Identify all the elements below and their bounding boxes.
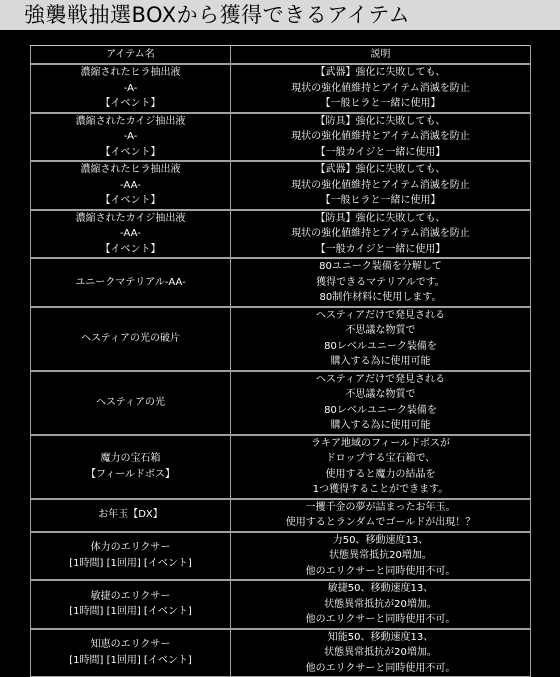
page-title: 強襲戦抽選BOXから獲得できるアイテム xyxy=(24,2,410,28)
item-name-line: 濃縮されたヒラ抽出液 xyxy=(33,65,228,81)
item-name-cell: ヘスティアの光 xyxy=(31,371,231,435)
item-description-cell: ヘスティアだけで発見される不思議な物質で80レベルユニーク装備を購入する為に使用… xyxy=(231,307,531,371)
item-description-line: ヘスティアだけで発見される xyxy=(233,372,528,388)
item-name-line: [1時間] [1回用] [イベント] xyxy=(33,556,228,572)
item-description-line: 【防具】強化に失敗しても、 xyxy=(233,114,528,130)
item-name-cell: 濃縮されたカイジ抽出液-A-【イベント】 xyxy=(31,113,231,162)
item-description-line: 80ユニーク装備を分解して xyxy=(233,259,528,275)
header-item-name: アイテム名 xyxy=(31,46,231,65)
item-description-line: 【武器】強化に失敗しても、 xyxy=(233,162,528,178)
item-description-line: 一攫千金の夢が詰まったお年玉。 xyxy=(233,500,528,516)
table-body: 濃縮されたヒラ抽出液-A-【イベント】【武器】強化に失敗しても、現状の強化値維持… xyxy=(31,64,531,664)
item-name-cell: 濃縮されたヒラ抽出液-A-【イベント】 xyxy=(31,64,231,113)
item-description-cell: 力50、移動速度13、状態異常抵抗20増加。他のエリクサーと同時使用不可。 xyxy=(231,532,531,581)
table-row: 魔力の宝石箱【フィールドボス】ラキア地域のフィールドボスがドロップする宝石箱で、… xyxy=(31,435,531,499)
item-description-line: 状態異常抵抗20増加。 xyxy=(233,548,528,564)
item-description-line: 不思議な物質で xyxy=(233,387,528,403)
item-name-line: 濃縮されたカイジ抽出液 xyxy=(33,211,228,227)
item-description-line: 80制作材料に使用します。 xyxy=(233,290,528,306)
item-name-line: 【イベント】 xyxy=(33,242,228,258)
item-table: アイテム名 説明 濃縮されたヒラ抽出液-A-【イベント】【武器】強化に失敗しても… xyxy=(30,45,531,664)
item-description-cell: 【防具】強化に失敗しても、現状の強化値維持とアイテム消滅を防止【一般カイジと一緒… xyxy=(231,210,531,259)
item-name-line: ユニークマテリアル-AA- xyxy=(33,275,228,291)
item-name-line: 敏捷のエリクサー xyxy=(33,589,228,605)
item-name-cell: 濃縮されたヒラ抽出液-AA-【イベント】 xyxy=(31,161,231,210)
item-description-line: 現状の強化値維持とアイテム消滅を防止 xyxy=(233,226,528,242)
item-name-line: 【フィールドボス】 xyxy=(33,467,228,483)
table-row: 濃縮されたヒラ抽出液-AA-【イベント】【武器】強化に失敗しても、現状の強化値維… xyxy=(31,161,531,210)
item-description-line: 他のエリクサーと同時使用不可。 xyxy=(233,564,528,580)
item-description-cell: 【防具】強化に失敗しても、現状の強化値維持とアイテム消滅を防止【一般カイジと一緒… xyxy=(231,113,531,162)
item-description-line: 【一般カイジと一緒に使用】 xyxy=(233,145,528,161)
item-description-line: 1つ獲得することができます。 xyxy=(233,482,528,498)
item-description-line: 獲得できるマテリアルです。 xyxy=(233,275,528,291)
item-name-cell: 濃縮されたカイジ抽出液-AA-【イベント】 xyxy=(31,210,231,259)
item-name-line: 【イベント】 xyxy=(33,193,228,209)
item-description-line: 【武器】強化に失敗しても、 xyxy=(233,65,528,81)
item-name-cell: 魔力の宝石箱【フィールドボス】 xyxy=(31,435,231,499)
table-row: ユニークマテリアル-AA-80ユニーク装備を分解して獲得できるマテリアルです。8… xyxy=(31,258,531,307)
item-name-cell: 体力のエリクサー[1時間] [1回用] [イベント] xyxy=(31,532,231,581)
table-row: お年玉【DX】一攫千金の夢が詰まったお年玉。使用するとランダムでゴールドが出現！… xyxy=(31,499,531,532)
item-description-cell: 【武器】強化に失敗しても、現状の強化値維持とアイテム消滅を防止【一般ヒラと一緒に… xyxy=(231,161,531,210)
item-description-line: 購入する為に使用可能 xyxy=(233,418,528,434)
item-description-line: 現状の強化値維持とアイテム消滅を防止 xyxy=(233,81,528,97)
item-description-cell: 知能50、移動速度13、状態異常抵抗が20増加。他のエリクサーと同時使用不可。 xyxy=(231,629,531,665)
item-description-line: 【一般ヒラと一緒に使用】 xyxy=(233,193,528,209)
item-description-line: 【一般カイジと一緒に使用】 xyxy=(233,242,528,258)
item-name-line: -AA- xyxy=(33,226,228,242)
table-row: ヘスティアの光の破片ヘスティアだけで発見される不思議な物質で80レベルユニーク装… xyxy=(31,307,531,371)
item-name-line: -AA- xyxy=(33,178,228,194)
item-description-line: 状態異常抵抗が20増加。 xyxy=(233,645,528,661)
item-name-line: [1時間] [1回用] [イベント] xyxy=(33,653,228,664)
item-description-line: 現状の強化値維持とアイテム消滅を防止 xyxy=(233,178,528,194)
item-name-line: 知恵のエリクサー xyxy=(33,637,228,653)
item-description-line: 80レベルユニーク装備を xyxy=(233,339,528,355)
item-name-line: 【イベント】 xyxy=(33,96,228,112)
item-name-line: ヘスティアの光の破片 xyxy=(33,331,228,347)
item-description-line: 他のエリクサーと同時使用不可。 xyxy=(233,612,528,628)
table-row: 濃縮されたヒラ抽出液-A-【イベント】【武器】強化に失敗しても、現状の強化値維持… xyxy=(31,64,531,113)
item-description-cell: ラキア地域のフィールドボスがドロップする宝石箱で、使用すると魔力の結晶を1つ獲得… xyxy=(231,435,531,499)
title-bar: 強襲戦抽選BOXから獲得できるアイテム xyxy=(0,0,560,30)
item-description-line: 状態異常抵抗が20増加。 xyxy=(233,597,528,613)
item-description-line: 敏捷50、移動速度13、 xyxy=(233,581,528,597)
item-description-cell: 【武器】強化に失敗しても、現状の強化値維持とアイテム消滅を防止【一般ヒラと一緒に… xyxy=(231,64,531,113)
item-description-line: 【防具】強化に失敗しても、 xyxy=(233,211,528,227)
table-row: ヘスティアの光ヘスティアだけで発見される不思議な物質で80レベルユニーク装備を購… xyxy=(31,371,531,435)
item-name-line: 濃縮されたヒラ抽出液 xyxy=(33,162,228,178)
table-row: 濃縮されたカイジ抽出液-A-【イベント】【防具】強化に失敗しても、現状の強化値維… xyxy=(31,113,531,162)
item-name-cell: お年玉【DX】 xyxy=(31,499,231,532)
item-description-line: 現状の強化値維持とアイテム消滅を防止 xyxy=(233,129,528,145)
table-row: 敏捷のエリクサー[1時間] [1回用] [イベント]敏捷50、移動速度13、状態… xyxy=(31,580,531,629)
item-name-line: 魔力の宝石箱 xyxy=(33,451,228,467)
header-description: 説明 xyxy=(231,46,531,65)
item-name-cell: 敏捷のエリクサー[1時間] [1回用] [イベント] xyxy=(31,580,231,629)
item-description-line: ドロップする宝石箱で、 xyxy=(233,451,528,467)
item-name-cell: 知恵のエリクサー[1時間] [1回用] [イベント] xyxy=(31,629,231,665)
item-name-line: ヘスティアの光 xyxy=(33,395,228,411)
item-name-line: 濃縮されたカイジ抽出液 xyxy=(33,114,228,130)
table-row: 濃縮されたカイジ抽出液-AA-【イベント】【防具】強化に失敗しても、現状の強化値… xyxy=(31,210,531,259)
item-description-line: 知能50、移動速度13、 xyxy=(233,630,528,646)
item-table-container: アイテム名 説明 濃縮されたヒラ抽出液-A-【イベント】【武器】強化に失敗しても… xyxy=(30,45,530,664)
item-name-cell: ヘスティアの光の破片 xyxy=(31,307,231,371)
item-description-cell: 一攫千金の夢が詰まったお年玉。使用するとランダムでゴールドが出現！？ xyxy=(231,499,531,532)
item-description-line: 購入する為に使用可能 xyxy=(233,354,528,370)
item-description-cell: ヘスティアだけで発見される不思議な物質で80レベルユニーク装備を購入する為に使用… xyxy=(231,371,531,435)
item-description-line: 使用するとランダムでゴールドが出現！？ xyxy=(233,515,528,531)
item-description-line: 不思議な物質で xyxy=(233,323,528,339)
item-name-line: 【イベント】 xyxy=(33,145,228,161)
table-row: 体力のエリクサー[1時間] [1回用] [イベント]力50、移動速度13、状態異… xyxy=(31,532,531,581)
item-description-line: 【一般ヒラと一緒に使用】 xyxy=(233,96,528,112)
item-description-cell: 80ユニーク装備を分解して獲得できるマテリアルです。80制作材料に使用します。 xyxy=(231,258,531,307)
item-description-line: 他のエリクサーと同時使用不可。 xyxy=(233,661,528,665)
item-name-line: -A- xyxy=(33,129,228,145)
table-header-row: アイテム名 説明 xyxy=(31,46,531,65)
item-description-line: 力50、移動速度13、 xyxy=(233,533,528,549)
item-description-cell: 敏捷50、移動速度13、状態異常抵抗が20増加。他のエリクサーと同時使用不可。 xyxy=(231,580,531,629)
item-name-line: -A- xyxy=(33,81,228,97)
item-name-line: 体力のエリクサー xyxy=(33,540,228,556)
item-description-line: ヘスティアだけで発見される xyxy=(233,308,528,324)
table-row: 知恵のエリクサー[1時間] [1回用] [イベント]知能50、移動速度13、状態… xyxy=(31,629,531,665)
item-name-line: [1時間] [1回用] [イベント] xyxy=(33,604,228,620)
item-name-line: お年玉【DX】 xyxy=(33,507,228,523)
item-name-cell: ユニークマテリアル-AA- xyxy=(31,258,231,307)
item-description-line: ラキア地域のフィールドボスが xyxy=(233,436,528,452)
item-description-line: 80レベルユニーク装備を xyxy=(233,403,528,419)
item-description-line: 使用すると魔力の結晶を xyxy=(233,467,528,483)
